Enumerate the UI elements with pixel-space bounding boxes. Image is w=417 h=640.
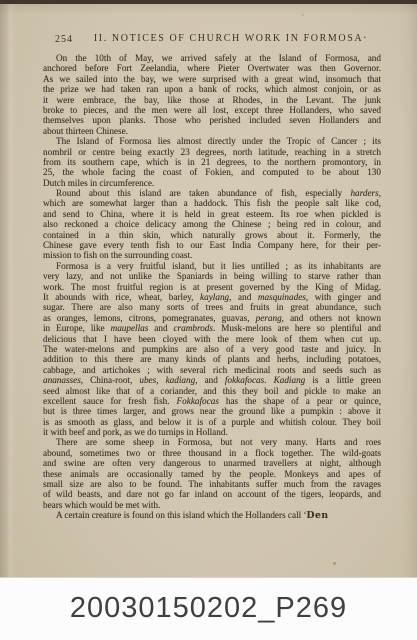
blackletter-word: Den — [307, 510, 329, 521]
text-line: sugar. There are also many sorts of tree… — [43, 302, 381, 312]
text-line: is as smooth as glass, and below it is o… — [43, 417, 381, 427]
text-line: Dutch miles in circumference. — [43, 178, 381, 188]
text-line: As we sailed into the bay, we were surpr… — [43, 74, 381, 84]
text-line: anchored before Fort Zeelandia, where Pi… — [43, 63, 381, 73]
text-line: but is three times larger, and grows nea… — [43, 406, 381, 416]
text-line: as oranges, lemons, citrons, pomegranate… — [43, 313, 381, 323]
text-line: Chinese gave every tenth fish to our Eas… — [43, 240, 381, 250]
text-line: The water-melons and pumpkins are also o… — [43, 344, 381, 354]
text-line: of wild beasts, and dare not go far inla… — [43, 489, 381, 499]
text-line: broke to pieces, and the men were all lo… — [43, 105, 381, 115]
text-line: abound, sometimes two or three thousand … — [43, 448, 381, 458]
text-line: themselves upon planks. Those who perish… — [43, 115, 381, 125]
text-line: seed almost like that of a coriander, an… — [43, 386, 381, 396]
text-line: 25, the whole facing the coast of Fokien… — [43, 167, 381, 177]
running-title: II. NOTICES OF CHURCH WORK IN FORMOSA· — [43, 33, 381, 44]
text-line: Formosa is a very fruitful island, but i… — [43, 261, 381, 271]
text-line: and swine are often very dangerous to un… — [43, 458, 381, 468]
text-line: A certain creature is found on this isla… — [43, 510, 381, 520]
scan-label-strip: 20030150202_P269 — [0, 577, 417, 640]
text-line: from its southern cape, which is in 21 d… — [43, 157, 381, 167]
page-header: 254 II. NOTICES OF CHURCH WORK IN FORMOS… — [43, 33, 381, 46]
text-line: addition to this there are many kinds of… — [43, 354, 381, 364]
text-line: There are some sheep in Formosa, but not… — [43, 437, 381, 447]
text-line: which are somewhat larger than a haddock… — [43, 198, 381, 208]
text-line: these animals are occasionally tamed by … — [43, 469, 381, 479]
text-line: very lazy, and not unlike the Spaniards … — [43, 271, 381, 281]
text-line: Round about this island are taken abunda… — [43, 188, 381, 198]
text-line: work. The most fruitful region is at pre… — [43, 282, 381, 292]
text-line: mission to fish on the surrounding coast… — [43, 250, 381, 260]
text-line: it with beef and pork, as we do turnips … — [43, 427, 381, 437]
text-line: cabbage, and artichokes ; with several r… — [43, 365, 381, 375]
text-line: in Europe, like maupellas and crambrods.… — [43, 323, 381, 333]
text-line: about thirteen Chinese. — [43, 126, 381, 136]
text-line: it were embrace, the bay, like those at … — [43, 95, 381, 105]
text-line: delicious that I have been cloyed with t… — [43, 334, 381, 344]
text-line: It abounds with rice, wheat, barley, kay… — [43, 292, 381, 302]
text-line: ananasses, China-root, ubes, kadiang, an… — [43, 375, 381, 385]
text-line: contained in a thin skin, which naturall… — [43, 230, 381, 240]
text-line: On the 10th of May, we arrived safely at… — [43, 53, 381, 63]
text-line: The Island of Formosa lies almost direct… — [43, 136, 381, 146]
scan-top-edge — [0, 0, 417, 4]
paper-speck — [333, 562, 336, 565]
text-line: excellent sauce for fresh fish. Fokkafoc… — [43, 396, 381, 406]
text-line: and send to China, where it is held in g… — [43, 209, 381, 219]
text-line: nombril or centre being exactly 23 degre… — [43, 147, 381, 157]
text-line: bears which would be met with. — [43, 500, 381, 510]
text-line: the prize we had taken ran upon a bank o… — [43, 84, 381, 94]
paper-speck — [302, 14, 304, 16]
text-line: small size are also to be found. The inh… — [43, 479, 381, 489]
book-page-scan: 254 II. NOTICES OF CHURCH WORK IN FORMOS… — [0, 0, 417, 640]
scan-id-label: 20030150202_P269 — [0, 578, 417, 640]
text-line: also reckoned a choice delicacy among th… — [43, 219, 381, 229]
body-text: On the 10th of May, we arrived safely at… — [43, 53, 381, 521]
